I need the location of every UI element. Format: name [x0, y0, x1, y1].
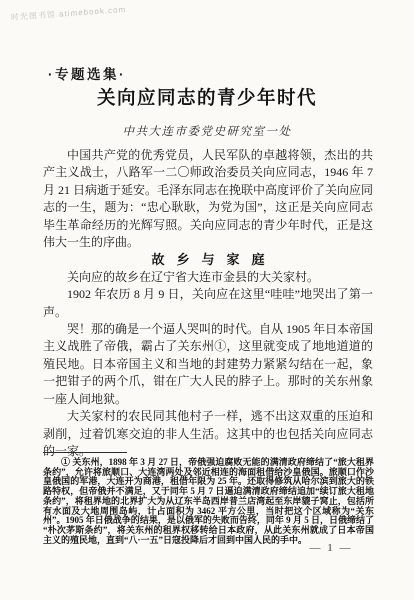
- section-heading: 故乡与家庭: [43, 251, 373, 268]
- footnote: ① 关东州，1898 年 3 月 27 日，帝俄强迫腐败无能的满清政府缔结了“旅…: [43, 458, 374, 545]
- paragraph: 1902 年农历 8 月 9 日，关向应在这里“哇哇”地哭出了第一声。: [43, 286, 373, 321]
- footnote-divider: [43, 452, 127, 453]
- paragraph: 哭！那的确是一个逼人哭叫的时代。自从 1905 年日本帝国主义战胜了帝俄，霸占了…: [43, 321, 373, 408]
- series-label: ·专题选集·: [48, 63, 126, 83]
- page-title: 关向应同志的青少年时代: [0, 84, 414, 110]
- intro-paragraph: 中国共产党的优秀党员，人民军队的卓越将领，杰出的共产主义战士，八路军一二〇师政治…: [43, 147, 373, 251]
- page-number: — 1 —: [300, 542, 362, 554]
- paragraph: 关向应的故乡在辽宁省大连市金县的大关家村。: [43, 269, 373, 286]
- watermark: 时光图书馆 atimebook.com: [11, 4, 127, 23]
- body-text: 中国共产党的优秀党员，人民军队的卓越将领，杰出的共产主义战士，八路军一二〇师政治…: [43, 147, 373, 460]
- author-byline: 中共大连市委党史研究室一处: [0, 123, 414, 139]
- document-page: 时光图书馆 atimebook.com ·专题选集· 关向应同志的青少年时代 中…: [0, 0, 414, 600]
